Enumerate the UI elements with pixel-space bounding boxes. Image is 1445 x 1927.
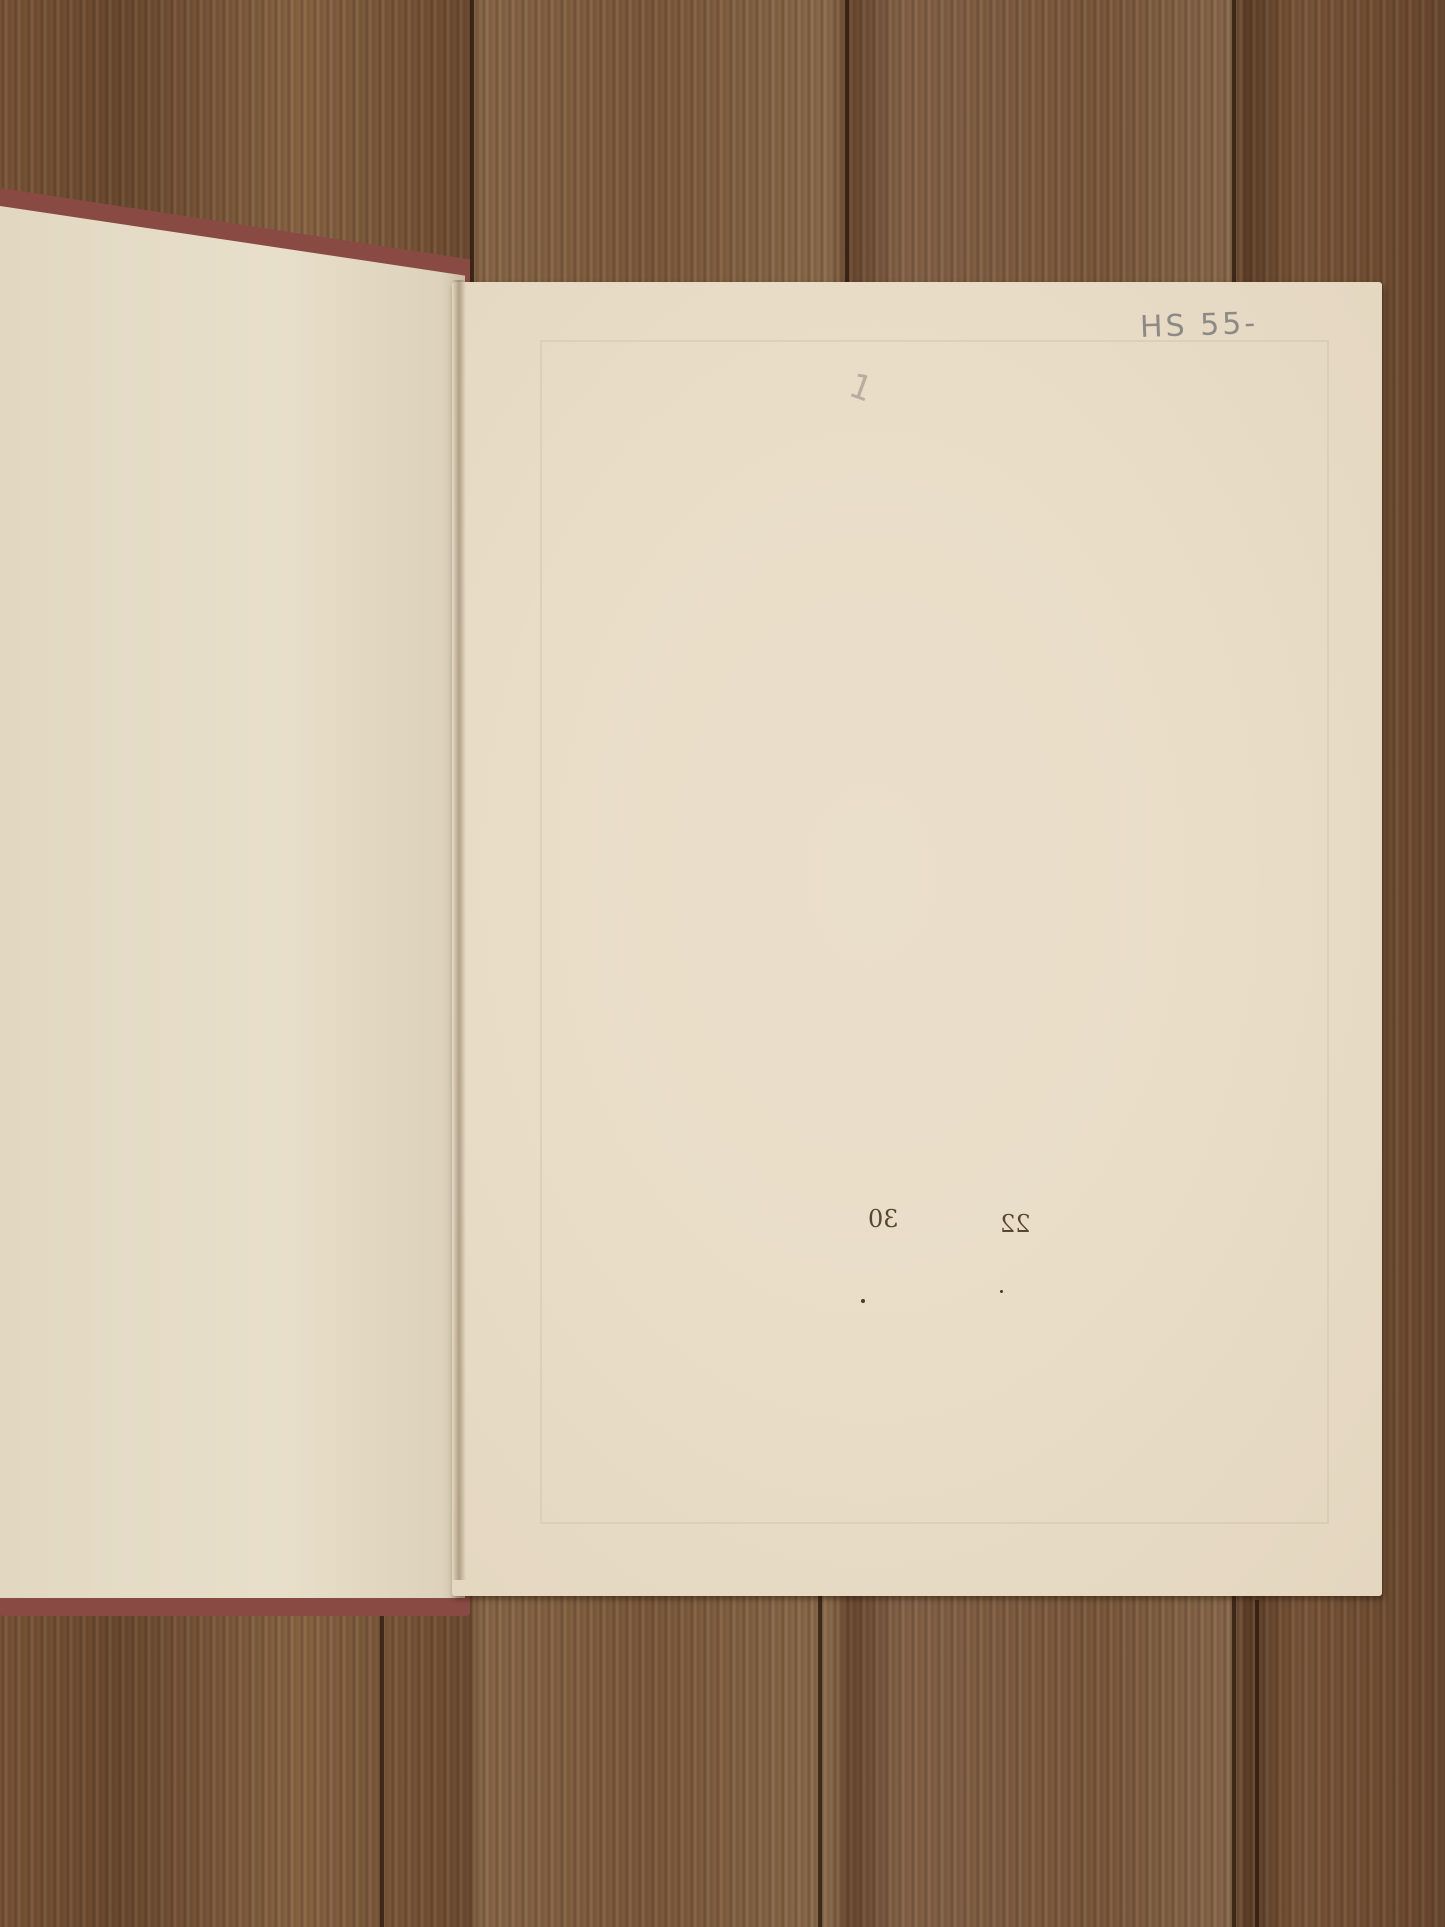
showthrough-number: 22 — [1000, 1210, 1031, 1238]
plank-seam — [818, 1590, 822, 1927]
showthrough-number: 30 — [868, 1205, 899, 1233]
page-speck — [1000, 1290, 1003, 1293]
plank-seam — [380, 1600, 384, 1927]
book-gutter — [452, 280, 466, 1580]
plank-seam — [1255, 1600, 1259, 1927]
left-page — [0, 206, 465, 1598]
plank-seam — [470, 0, 474, 290]
page-plate-mark — [540, 340, 1329, 1524]
page-speck — [861, 1299, 865, 1303]
pencil-note: HS 55- — [1139, 306, 1258, 345]
plank-seam — [845, 0, 849, 290]
